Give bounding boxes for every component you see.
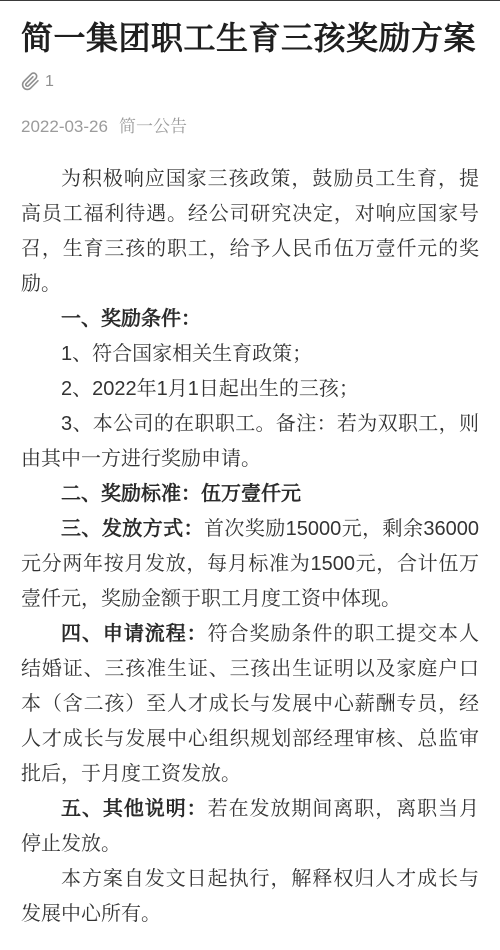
paragraph-intro: 为积极响应国家三孩政策，鼓励员工生育，提高员工福利待遇。经公司研究决定，对响应国… [21,162,479,302]
paragraph-lead: 五、其他说明： [61,798,208,820]
paragraph-text: 1、符合国家相关生育政策； [61,343,312,365]
paragraph-condition-2: 2、2022年1月1日起出生的三孩； [21,372,479,407]
source-name[interactable]: 简一公告 [119,112,187,137]
article-page: 简一集团职工生育三孩奖励方案 1 2022-03-26 简一公告 为积极响应国家… [0,0,500,950]
attachment-indicator[interactable]: 1 [21,72,479,91]
paragraph-lead: 一、奖励条件： [61,308,201,330]
paragraph-lead: 四、申请流程： [61,623,208,645]
paragraph-section3-payment: 三、发放方式：首次奖励15000元，剩余36000元分两年按月发放，每月标准为1… [21,512,479,617]
paragraph-condition-3: 3、本公司的在职职工。备注：若为双职工，则由其中一方进行奖励申请。 [21,407,479,477]
paragraph-lead: 三、发放方式： [61,518,204,540]
publish-date: 2022-03-26 [21,117,108,137]
paragraph-lead: 二、奖励标准：伍万壹仟元 [61,483,301,505]
paragraph-text: 为积极响应国家三孩政策，鼓励员工生育，提高员工福利待遇。经公司研究决定，对响应国… [21,168,479,295]
meta-row: 2022-03-26 简一公告 [21,112,479,137]
paragraph-condition-1: 1、符合国家相关生育政策； [21,337,479,372]
paragraph-section1-heading: 一、奖励条件： [21,302,479,337]
article-body: 为积极响应国家三孩政策，鼓励员工生育，提高员工福利待遇。经公司研究决定，对响应国… [21,162,479,932]
page-title: 简一集团职工生育三孩奖励方案 [21,17,479,59]
paragraph-text: 2、2022年1月1日起出生的三孩； [61,378,359,400]
paragraph-section2-standard: 二、奖励标准：伍万壹仟元 [21,477,479,512]
paragraph-section5-notes: 五、其他说明：若在发放期间离职，离职当月停止发放。 [21,792,479,862]
paragraph-text: 本方案自发文日起执行，解释权归人才成长与发展中心所有。 [21,868,479,925]
paragraph-text: 3、本公司的在职职工。备注：若为双职工，则由其中一方进行奖励申请。 [21,413,479,470]
paragraph-text: 符合奖励条件的职工提交本人结婚证、三孩准生证、三孩出生证明以及家庭户口本（含二孩… [21,623,479,785]
attachment-count: 1 [45,73,54,91]
paperclip-icon [21,72,40,91]
paragraph-section4-process: 四、申请流程：符合奖励条件的职工提交本人结婚证、三孩准生证、三孩出生证明以及家庭… [21,617,479,792]
paragraph-closing: 本方案自发文日起执行，解释权归人才成长与发展中心所有。 [21,862,479,932]
